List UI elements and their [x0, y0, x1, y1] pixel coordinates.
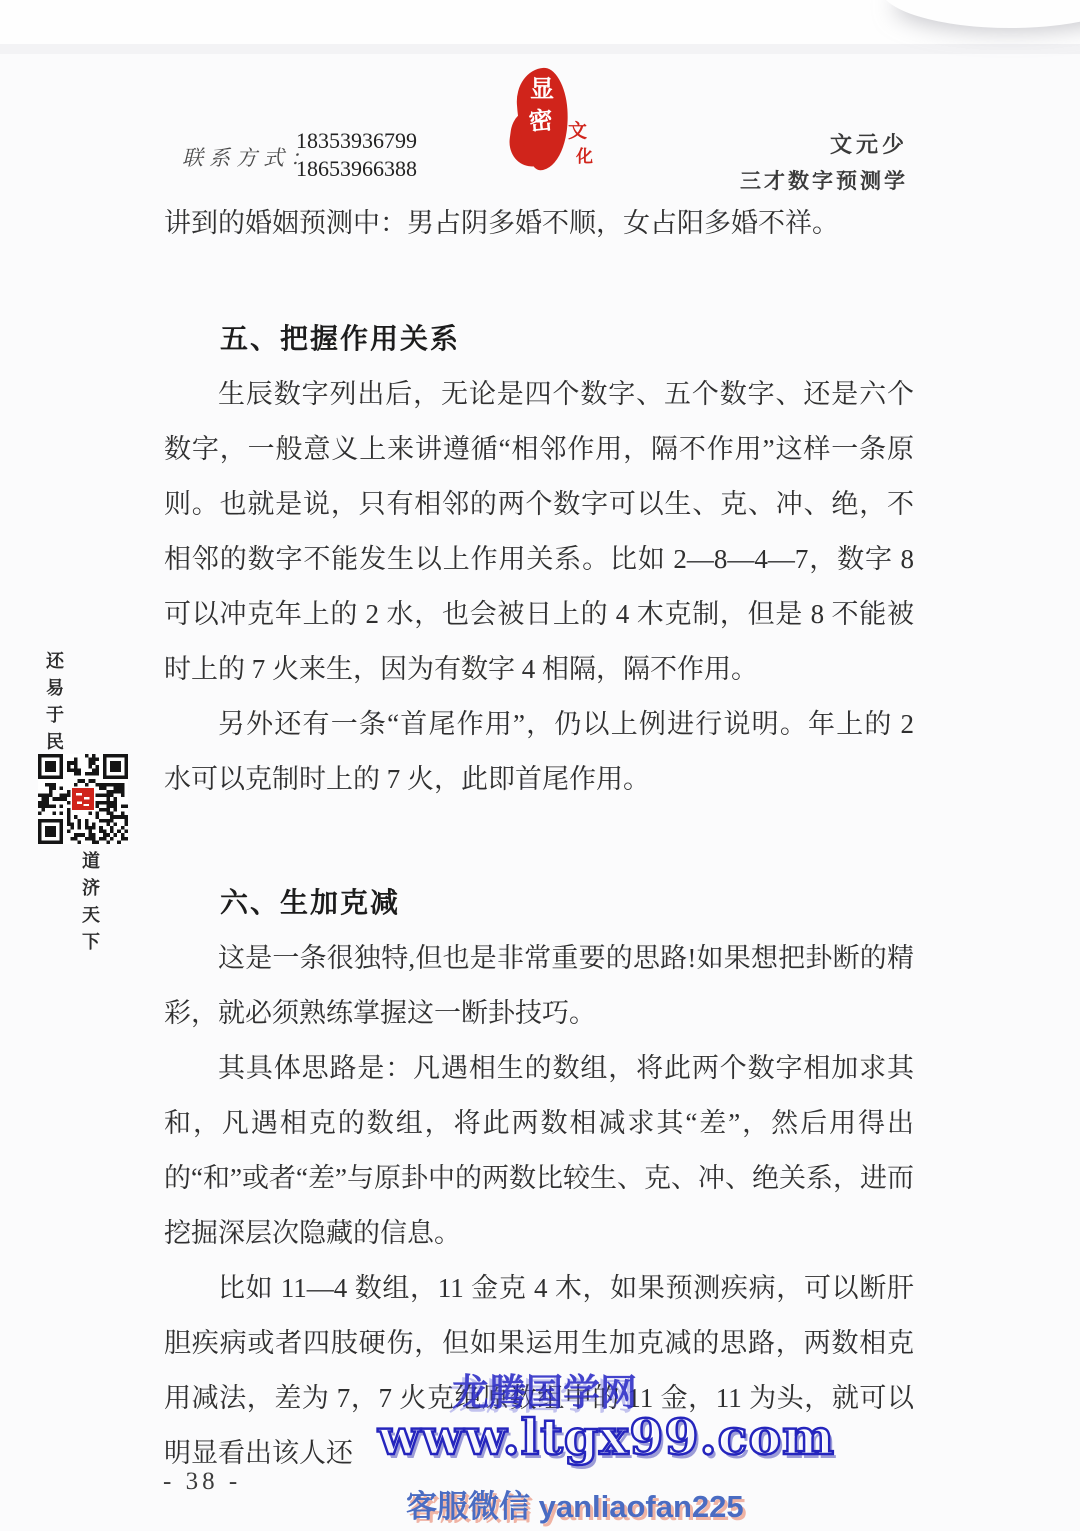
page-body: 讲到的婚姻预测中：男占阴多婚不顺，女占阳多婚不祥。五、把握作用关系生辰数字列出后…: [164, 196, 914, 1481]
section-heading: 六、生加克减: [164, 876, 914, 931]
sidebar-slogan-bottom: 道济天下: [82, 852, 100, 951]
paragraph: 另外还有一条“首尾作用”，仍以上例进行说明。年上的 2 水可以克制时上的 7 火…: [164, 697, 914, 807]
section-heading: 五、把握作用关系: [164, 312, 914, 367]
scanned-book-page: 联系方式： 18353936799 18653966388 显 密 文 化 文元…: [0, 0, 1080, 1531]
seal-character: 密: [528, 109, 554, 135]
paragraph: 其具体思路是：凡遇相生的数组，将此两个数字相加求其和，凡遇相克的数组，将此两数相…: [164, 1041, 914, 1261]
slogan-character: 下: [82, 933, 100, 951]
sidebar-slogan-top: 还易于民: [46, 652, 64, 751]
page-edge-band: [0, 44, 1080, 54]
slogan-character: 易: [46, 679, 64, 697]
seal-character: 显: [530, 78, 554, 102]
author-name: 文元少: [740, 128, 908, 159]
paragraph: 讲到的婚姻预测中：男占阴多婚不顺，女占阳多婚不祥。: [164, 196, 914, 251]
slogan-character: 还: [46, 652, 64, 670]
seal-character: 化: [576, 148, 593, 165]
book-title: 三才数字预测学: [740, 165, 908, 195]
seal-character: 文: [568, 122, 587, 141]
slogan-character: 民: [46, 733, 64, 751]
slogan-character: 天: [82, 906, 100, 924]
phone-number-2: 18653966388: [296, 156, 417, 182]
watermark-site-url: www.ltgx99.com: [378, 1408, 835, 1466]
slogan-character: 道: [82, 852, 100, 870]
phone-number-1: 18353936799: [296, 128, 417, 154]
red-seal-logo: 显 密 文 化: [506, 66, 598, 178]
paragraph: 生辰数字列出后，无论是四个数字、五个数字、还是六个数字，一般意义上来讲遵循“相邻…: [164, 367, 914, 697]
slogan-character: 济: [82, 879, 100, 897]
page-number: - 38 -: [163, 1468, 241, 1496]
watermark-wechat-contact: 客服微信 yanliaofan225: [406, 1481, 744, 1526]
slogan-character: 于: [46, 706, 64, 724]
paragraph: 这是一条很独特,但也是非常重要的思路!如果想把卦断的精彩，就必须熟练掌握这一断卦…: [164, 931, 914, 1041]
qr-code-image: [38, 754, 128, 844]
author-block: 文元少 三才数字预测学: [740, 128, 908, 195]
qr-code: [38, 754, 128, 844]
